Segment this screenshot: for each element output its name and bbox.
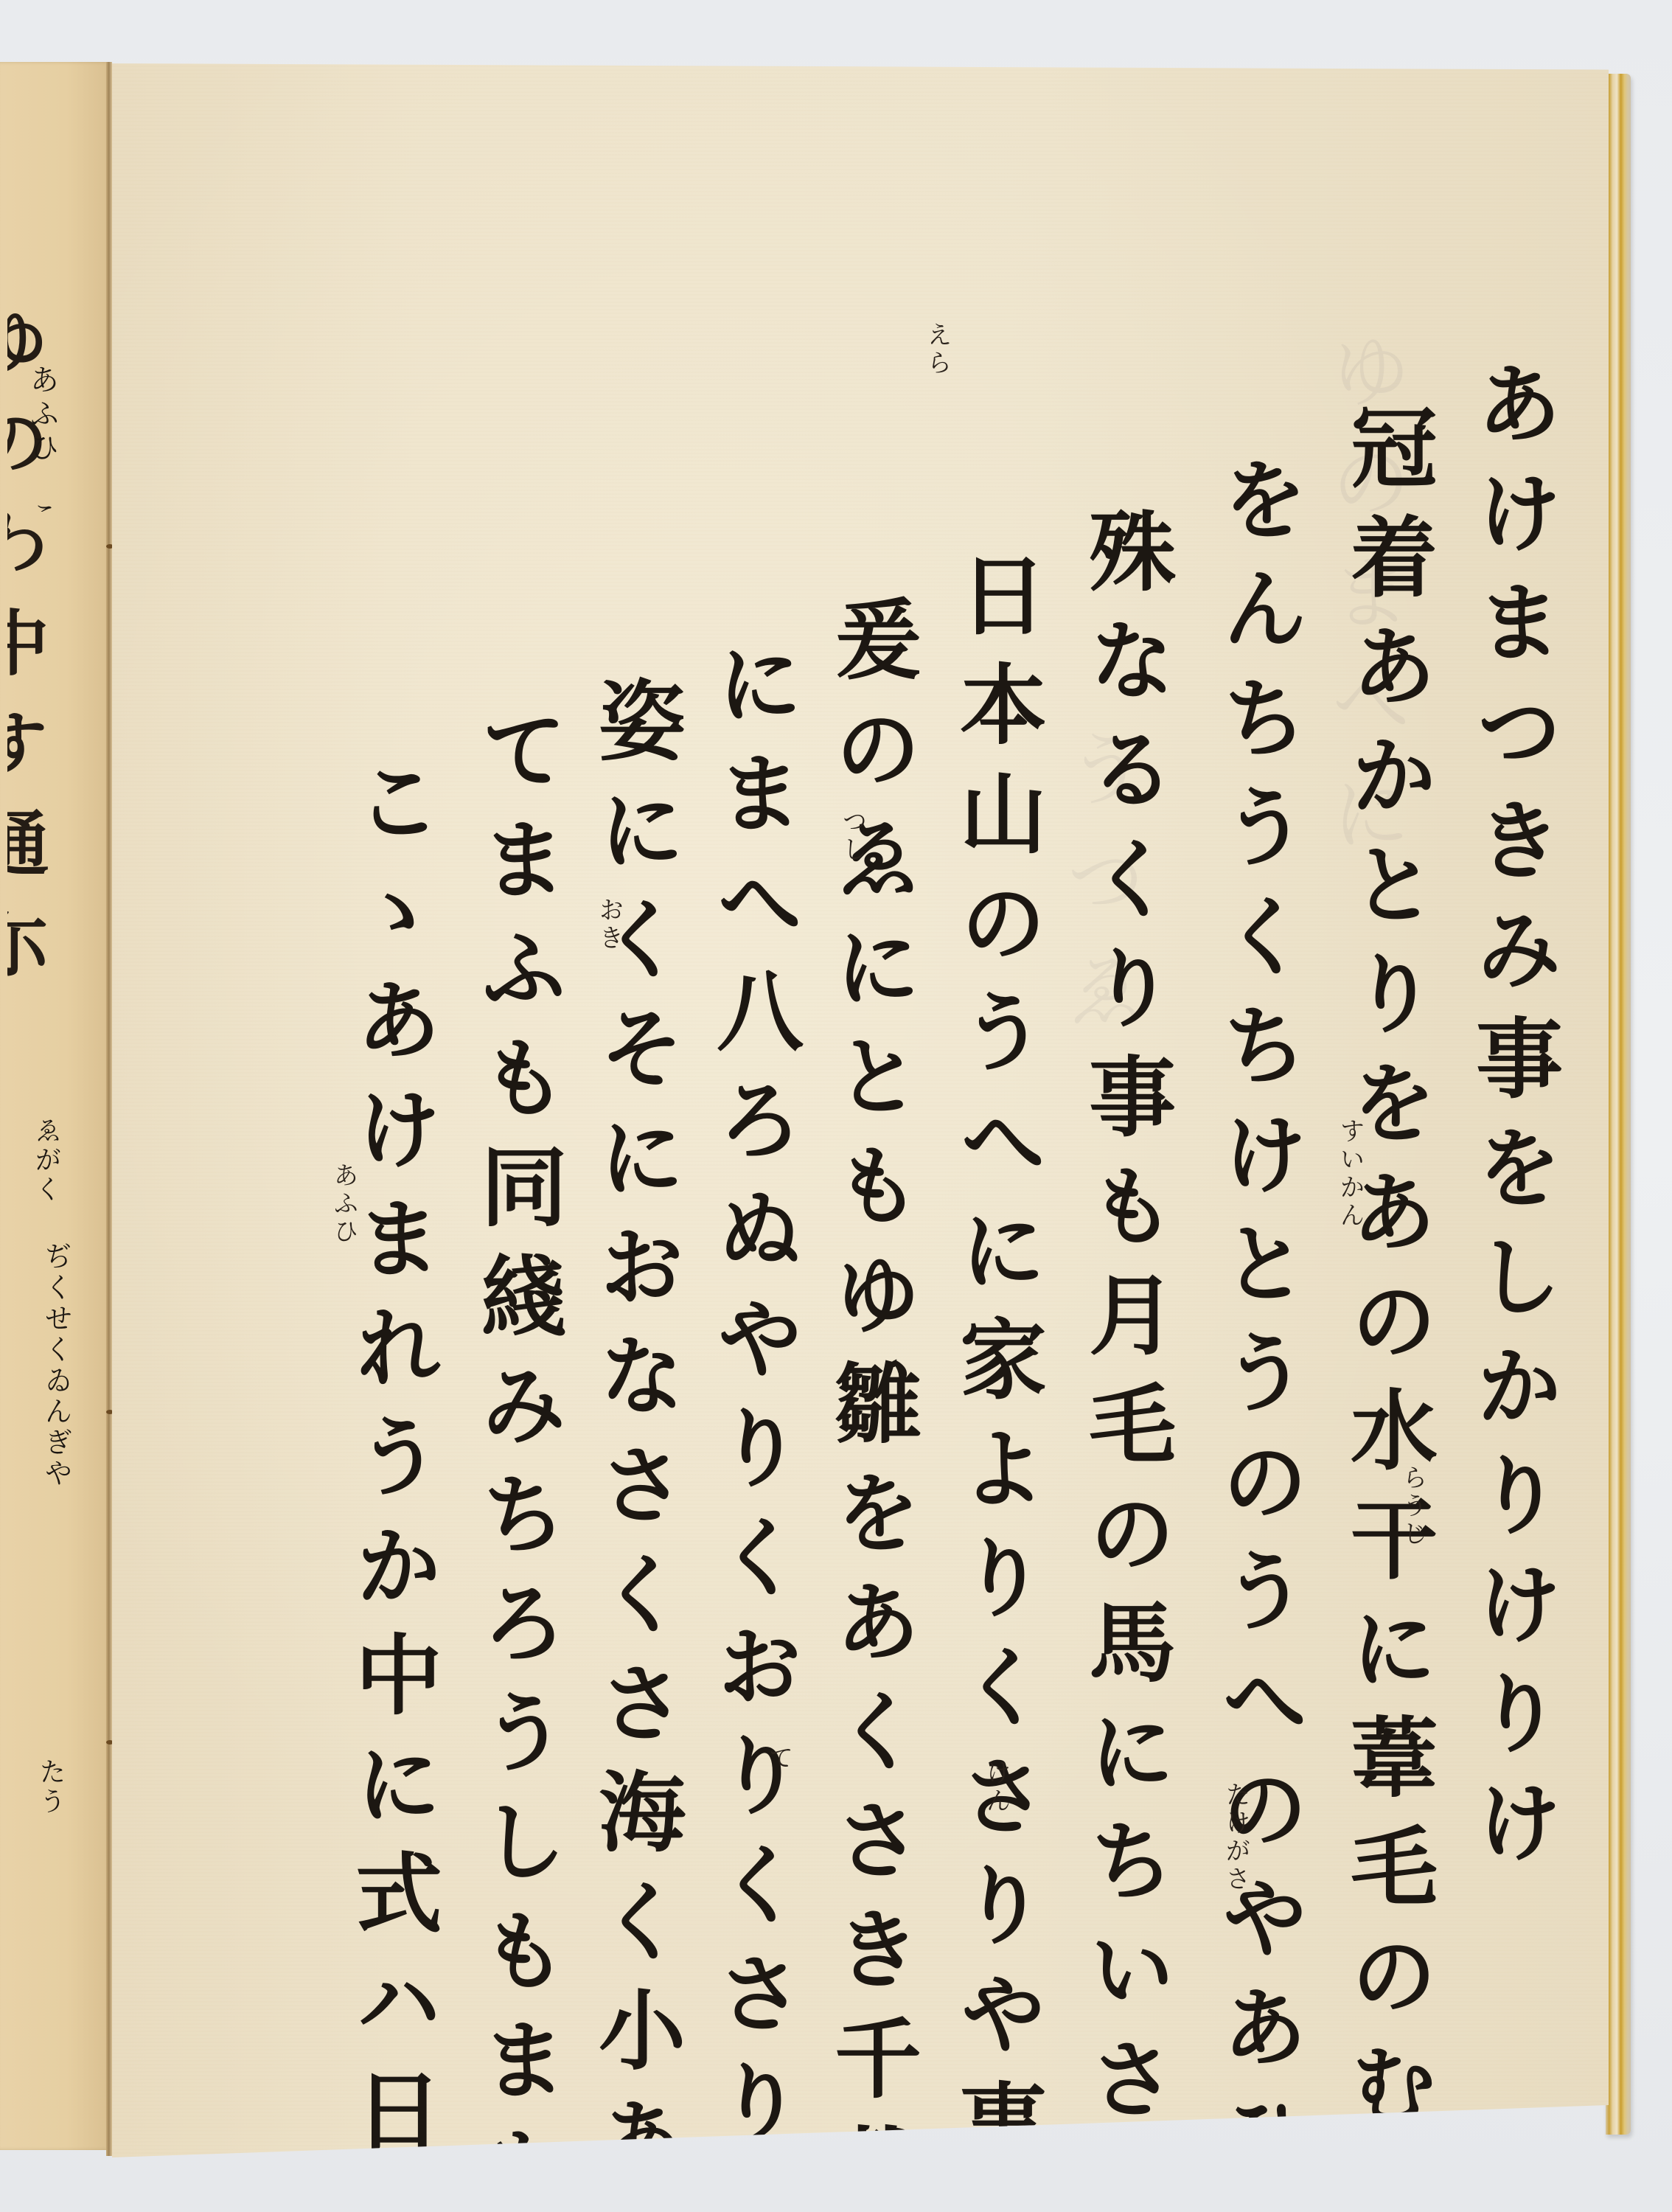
furigana-te: て	[761, 1745, 797, 1773]
furigana-ashige: らうじ	[1395, 1464, 1431, 1548]
left-page-gloss-3: ぢくせくゐんぎや	[32, 1242, 77, 1522]
furigana-column-5-top: えら	[919, 321, 955, 378]
left-page-gloss-1: あふひ こう	[27, 364, 63, 512]
text-column-4: 殊なるくり事も月毛の馬にちいさかに乗て海	[1081, 506, 1168, 2039]
furigana-afuhi: あふひ	[326, 1162, 362, 1246]
furigana-suikan: すいかん	[1332, 1118, 1368, 1230]
furigana-oki: おき	[591, 897, 627, 953]
furigana-takegasa: たけがさ	[1218, 1781, 1254, 1893]
text-column-7: にまへ八ろぬやりくおりくさりてかも庭の枝	[709, 639, 796, 2039]
right-page: ゆのまへに うつゑ あけまつきみ事をしかりけりけ 冠着あかとりをあの水干に葦毛の…	[112, 63, 1609, 2157]
text-column-9: てまふも同綫みちろうしもまもくりに人のを	[473, 705, 560, 2047]
text-column-10: こゝあけまれうか中に式ハ日ゑみ寺海もあり	[348, 757, 435, 2039]
left-page-gloss-4: たう	[32, 1758, 69, 1832]
gilded-fore-edge	[1606, 74, 1631, 2135]
left-page-gloss-2: ゑがく	[28, 1116, 65, 1205]
manuscript-text-block: あけまつきみ事をしかりけりけ 冠着あかとりをあの水干に葦毛のむかへに をんちうく…	[282, 358, 1638, 2054]
furigana-ken: けん	[978, 1759, 1014, 1815]
furigana-tsushi: つし	[835, 808, 871, 864]
left-page: ゆのわ中す通尓 あふひ こう ゑがく ぢくせくゐんぎや たう	[0, 62, 111, 2150]
text-column-1: あけまつきみ事をしかりけりけ	[1469, 358, 1556, 2039]
book-spine-gutter	[106, 62, 112, 2156]
text-column-8: 姿にくそにおなさくさ海く小あくりのとるを	[591, 675, 678, 2047]
